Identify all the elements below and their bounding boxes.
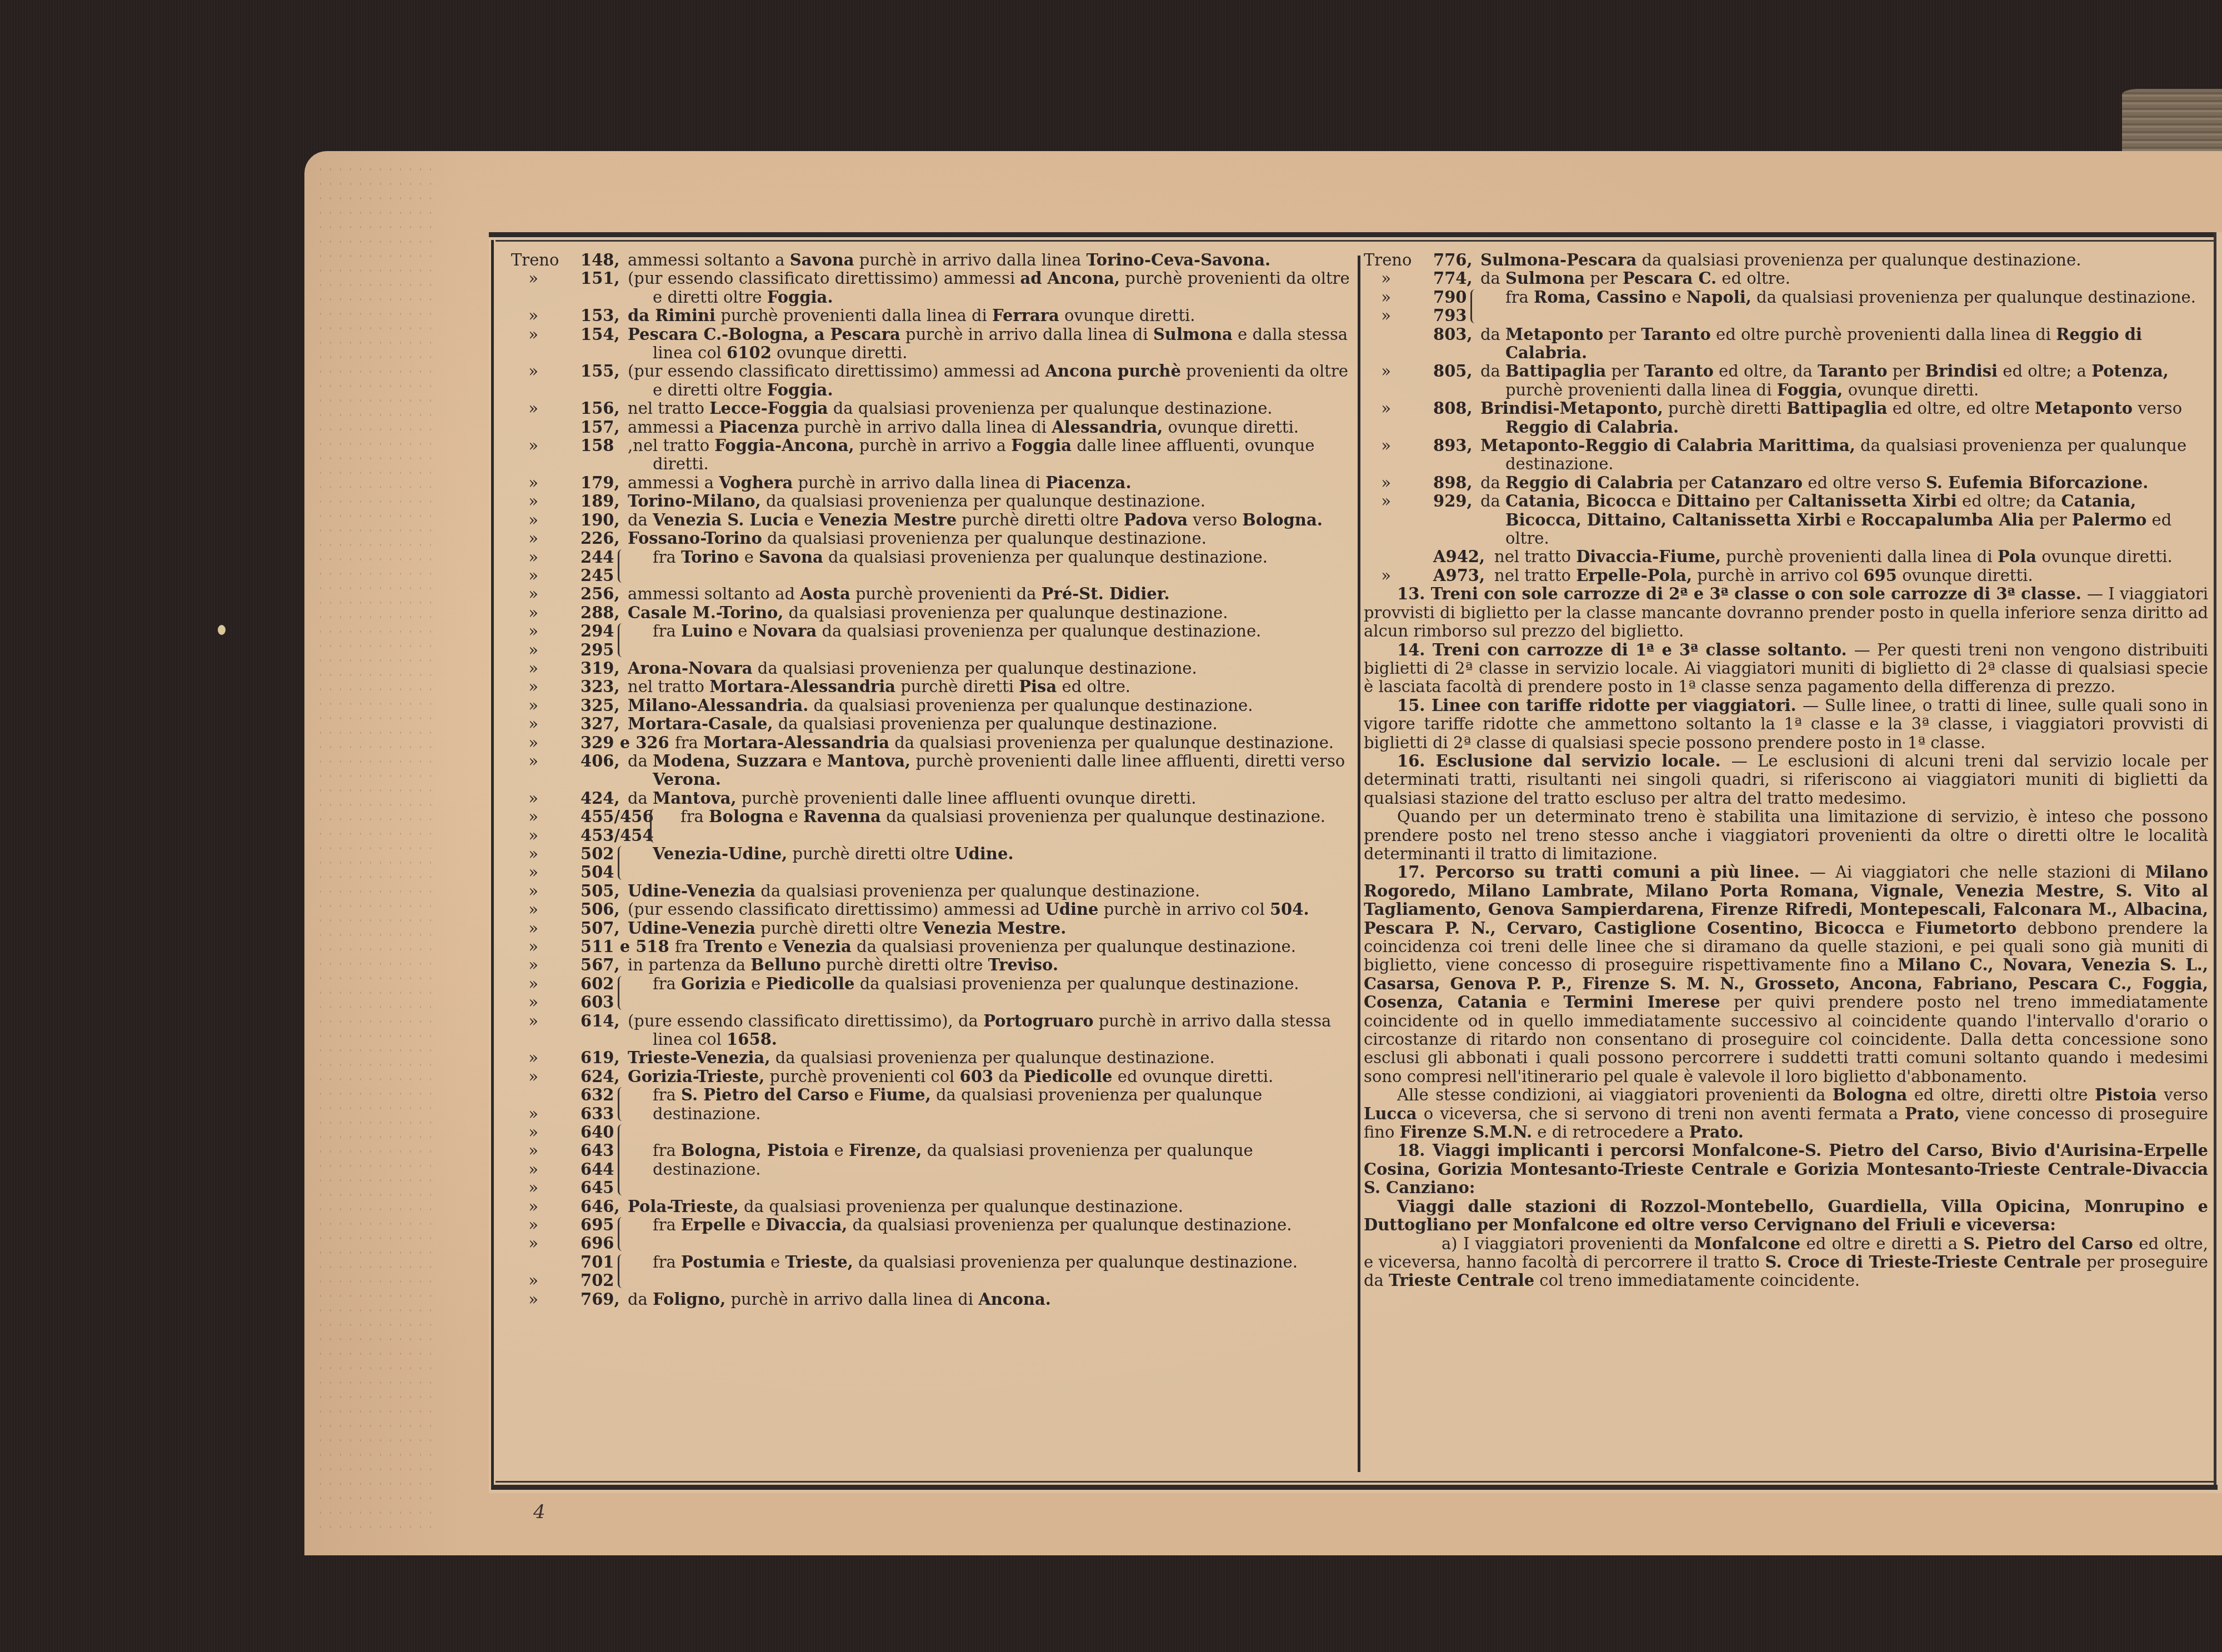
ditto-mark: » [1364, 269, 1408, 288]
train-entry: »506,(pur essendo classificato direttiss… [511, 900, 1350, 919]
bold-text: Monfalcone [1694, 1234, 1800, 1253]
ditto-marks: » [511, 1253, 555, 1290]
column-divider [1358, 256, 1360, 1472]
entry-text: fra Postumia e Trieste, da qualsiasi pro… [653, 1253, 1350, 1271]
entry-text: nel tratto Erpelle-Pola, purchè in arriv… [1505, 567, 2208, 585]
train-entry: »424,da Mantova, purchè provenienti dall… [511, 789, 1350, 808]
brace-bracket [618, 846, 625, 880]
bold-text: Novara [753, 622, 817, 640]
ditto-mark: » [511, 604, 555, 622]
entry-text: nel tratto Divaccia-Fiume, purchè proven… [1505, 548, 2208, 566]
text: Alle stesse condizioni, ai viaggiatori p… [1397, 1085, 1833, 1104]
text: e [1841, 510, 1861, 529]
train-entry: »619,Trieste-Venezia, da qualsiasi prove… [511, 1049, 1350, 1067]
train-group-entry: »»790793fra Roma, Cassino e Napoli, da q… [1364, 288, 2208, 326]
bold-text: Gorizia [681, 974, 746, 993]
bold-text: Pré-St. Didier. [1042, 584, 1170, 603]
bold-text: Mantova, [653, 789, 736, 808]
bold-text: Venezia S. Lucia [653, 510, 799, 529]
train-number: A973, [1433, 567, 1485, 585]
bold-text: Bologna, Pistoia [681, 1141, 829, 1160]
train-entry: »624,Gorizia-Trieste, purchè provenienti… [511, 1068, 1350, 1086]
entry-text: fra Gorizia e Piedicolle da qualsiasi pr… [653, 975, 1350, 993]
train-entry: »406,da Modena, Suzzara e Mantova, purch… [511, 752, 1350, 789]
ditto-mark: » [511, 399, 555, 418]
brace-bracket [618, 976, 625, 1010]
bold-text: Brindisi [1925, 362, 1998, 381]
train-number: 506, [580, 900, 620, 919]
section-heading: 16. Esclusione dal servizio locale. [1397, 752, 1731, 770]
train-number: 155, [580, 362, 620, 381]
entry-text: da Sulmona per Pescara C. ed oltre. [1505, 269, 2208, 288]
bold-text: Fossano-Torino [628, 529, 762, 548]
text: purchè diretti oltre [821, 955, 988, 974]
bold-text: Firenze, [849, 1141, 922, 1160]
text: da [1480, 362, 1505, 381]
train-number: 327, [580, 715, 620, 733]
ditto-mark: » [511, 752, 555, 770]
bold-text: Potenza, [2091, 362, 2169, 381]
brace-bracket [618, 1217, 625, 1251]
bold-text: Firenze S.M.N. [1400, 1123, 1532, 1142]
text: e di retrocedere a [1532, 1123, 1689, 1142]
train-numbers: 502504 [580, 845, 614, 882]
entry-text: ammessi a Voghera purchè in arrivo dalla… [653, 474, 1350, 492]
train-number: 505, [580, 882, 620, 900]
text: verso [1188, 510, 1242, 529]
section-heading: 14. Treni con carrozze di 1ª e 3ª classe… [1397, 640, 1854, 659]
text: nel tratto [628, 399, 709, 418]
text: da qualsiasi provenienza per qualunque d… [770, 1048, 1215, 1067]
bold-text: Luino [681, 622, 733, 640]
ditto-mark: » [511, 659, 555, 678]
bold-text: Catania, Bicocca [1505, 492, 1657, 510]
text: nel tratto [1494, 547, 1576, 566]
train-group-entry: »»244245fra Torino e Savona da qualsiasi… [511, 548, 1350, 585]
ditto-marks: »» [511, 622, 555, 659]
bold-text: Foggia [1011, 436, 1072, 455]
section-18: 18. Viaggi implicanti i percorsi Monfalc… [1364, 1142, 2208, 1197]
ditto-mark: » [511, 1049, 555, 1067]
text: ovunque diretti. [772, 343, 908, 362]
train-entry: »929,da Catania, Bicocca e Dittaino per … [1364, 492, 2208, 548]
section-heading: Viaggi dalle stazioni di Rozzol-Montebel… [1364, 1197, 2208, 1234]
text: da [1480, 269, 1505, 288]
text: e [1666, 288, 1686, 307]
bold-text: Udine-Venezia [628, 882, 755, 900]
train-entry: »808,Brindisi-Metaponto, purchè diretti … [1364, 399, 2208, 437]
text: nel tratto [628, 677, 709, 696]
bold-text: Erpelle [681, 1215, 746, 1234]
bold-text: Venezia Mestre [819, 510, 957, 529]
bold-text: Venezia-Udine, [653, 844, 787, 863]
bold-text: Foggia-Ancona, [714, 436, 854, 455]
train-number: 619, [580, 1049, 620, 1067]
train-numbers: 701702 [580, 1253, 614, 1290]
train-group-entry: »»455/456453/454fra Bologna e Ravenna da… [511, 808, 1350, 845]
bold-text: 1658. [727, 1030, 777, 1049]
train-number: 256, [580, 585, 620, 603]
train-entry: »256,ammessi soltanto ad Aosta purchè pr… [511, 585, 1350, 603]
train-number: 156, [580, 399, 620, 418]
text: purchè in arrivo dalla linea di [793, 473, 1045, 492]
bold-text: ad Ancona, [1020, 269, 1120, 288]
bold-text: Bologna [709, 807, 783, 826]
ditto-mark: » [511, 1198, 555, 1216]
train-number: 158 [580, 437, 614, 455]
ditto-marks: »» [511, 845, 555, 882]
ditto-mark: » [511, 938, 555, 956]
train-number: 507, [580, 919, 620, 938]
bold-text: Prato. [1689, 1123, 1744, 1142]
train-number: 148, [580, 251, 620, 269]
bold-text: Divaccia-Fiume, [1576, 547, 1721, 566]
entry-text: (pur essendo classificato direttissimo) … [653, 362, 1350, 399]
train-numbers: 632633 [580, 1086, 614, 1123]
train-entry: »151,(pur essendo classificato direttiss… [511, 269, 1350, 307]
bold-text: Metaponto-Reggio di Calabria Marittima, [1480, 436, 1855, 455]
text: col treno immediatamente coincidente. [1534, 1271, 1860, 1290]
dust-speck [218, 625, 226, 635]
bold-text: Ravenna [803, 807, 881, 826]
bottom-rule-thin [496, 1481, 2216, 1483]
bold-text: Pescara C. [1623, 269, 1716, 288]
section-heading: 15. Linee con tariffe ridotte per viaggi… [1397, 696, 1803, 715]
bold-text: Portogruaro [983, 1012, 1093, 1030]
text: purchè provenienti dalle linee affluenti… [910, 752, 1345, 770]
ditto-mark: » [511, 734, 555, 752]
text: purchè diretti oltre [755, 919, 923, 938]
text: (pure essendo classificato direttissimo)… [628, 1012, 983, 1030]
train-number: 424, [580, 789, 620, 808]
bold-text: Sulmona-Pescara [1480, 251, 1637, 269]
text: verso [2157, 1085, 2208, 1104]
entry-text: fra Mortara-Alessandria da qualsiasi pro… [653, 734, 1350, 752]
text: purchè provenienti col [764, 1067, 959, 1086]
train-number: 226, [580, 529, 620, 548]
train-numbers: 294295 [580, 622, 614, 659]
text: da qualsiasi provenienza per qualunque d… [828, 399, 1272, 418]
entry-text: ,nel tratto Foggia-Ancona, purchè in arr… [653, 437, 1350, 474]
text: ed oltre; a [1998, 362, 2091, 381]
bold-text: Metaponto [2035, 399, 2133, 418]
bold-text: Savona [790, 251, 854, 269]
bold-text: S. Eufemia Biforcazione. [1926, 473, 2148, 492]
bold-text: Sulmona [1505, 269, 1585, 288]
bold-text: Piacenza. [1045, 473, 1131, 492]
bold-text: Aosta [800, 584, 850, 603]
bold-text: Reggio di Calabria [1505, 473, 1673, 492]
bold-text: Roccapalumba Alia [1861, 510, 2034, 529]
train-group-entry: »632633fra S. Pietro del Carso e Fiume, … [511, 1086, 1350, 1123]
left-rule [491, 240, 494, 1488]
train-group-entry: »»695696fra Erpelle e Divaccia, da quals… [511, 1216, 1350, 1253]
train-number: 154, [580, 326, 620, 344]
train-number: 406, [580, 752, 620, 770]
entry-text: Torino-Milano, da qualsiasi provenienza … [653, 492, 1350, 510]
section-14: 14. Treni con carrozze di 1ª e 3ª classe… [1364, 641, 2208, 697]
text: ed oltre e diretti a [1800, 1234, 1963, 1253]
train-numbers: 695696 [580, 1216, 614, 1253]
bold-text: Sulmona [1153, 325, 1233, 344]
bold-text: Brindisi-Metaponto, [1480, 399, 1663, 418]
train-entry: »158,nel tratto Foggia-Ancona, purchè in… [511, 437, 1350, 474]
bold-text: Reggio di Calabria. [1505, 418, 1679, 437]
text: e [849, 1085, 869, 1104]
text: purchè in arrivo dalla linea di [725, 1290, 978, 1309]
ditto-marks: »»»» [511, 1123, 555, 1198]
train-entry: »769,da Foligno, purchè in arrivo dalla … [511, 1290, 1350, 1309]
brace-bracket [1470, 289, 1478, 323]
entry-text: Pescara C.-Bologna, a Pescara purchè in … [653, 326, 1350, 363]
bold-text: Roma, Cassino [1534, 288, 1666, 307]
ditto-mark: » [511, 1290, 555, 1309]
text: e [829, 1141, 849, 1160]
train-group-entry: »»294295fra Luino e Novara da qualsiasi … [511, 622, 1350, 659]
text: e [1885, 919, 1915, 938]
right-column: Treno776,Sulmona-Pescara da qualsiasi pr… [1364, 251, 2208, 1290]
train-group-entry: »»502504Venezia-Udine, purchè diretti ol… [511, 845, 1350, 882]
bold-text: Torino-Ceva-Savona. [1087, 251, 1270, 269]
bold-text: Lucca [1364, 1104, 1417, 1123]
entry-text: Mortara-Casale, da qualsiasi provenienza… [653, 715, 1350, 733]
bold-text: Alessandria, [1052, 418, 1163, 437]
text: da qualsiasi provenienza per qualunque d… [854, 974, 1299, 993]
train-entry: 803,da Metaponto per Taranto ed oltre pu… [1364, 326, 2208, 363]
text: da qualsiasi provenienza per qualunque d… [808, 696, 1253, 715]
text: fra [653, 1215, 681, 1234]
text: fra [1505, 288, 1534, 307]
bold-text: 695 [1863, 566, 1897, 585]
text: verso [2133, 399, 2182, 418]
ditto-mark: » [1364, 474, 1408, 492]
text: fra [653, 1085, 681, 1104]
text: da [628, 510, 653, 529]
entry-text: fra Erpelle e Divaccia, da qualsiasi pro… [653, 1216, 1350, 1234]
entry-text: fra Trento e Venezia da qualsiasi proven… [653, 938, 1350, 956]
train-entry: »156,nel tratto Lecce-Foggia da qualsias… [511, 399, 1350, 418]
text: purchè provenienti dalla linea di [1721, 547, 1998, 566]
ditto-marks: »» [511, 548, 555, 585]
text: per [2034, 510, 2072, 529]
entry-text: da Rimini purchè provenienti dalla linea… [653, 307, 1350, 325]
bold-text: Udine-Venezia [628, 919, 755, 938]
train-entry: »325,Milano-Alessandria. da qualsiasi pr… [511, 697, 1350, 715]
text: e [807, 752, 827, 770]
text: o viceversa, che si servono di treni non… [1417, 1104, 1905, 1123]
bold-text: Treviso. [988, 955, 1058, 974]
bold-text: Foggia. [767, 288, 833, 307]
entry-text: Sulmona-Pescara da qualsiasi provenienza… [1505, 251, 2208, 269]
train-entry: »153,da Rimini purchè provenienti dalla … [511, 307, 1350, 325]
ditto-mark: » [511, 678, 555, 696]
text: e [746, 974, 766, 993]
bold-text: Caltanissetta Xirbi [1788, 492, 1957, 510]
text: per [1750, 492, 1788, 510]
text: e [746, 1215, 766, 1234]
text: e [1657, 492, 1676, 510]
bold-text: Trento [703, 937, 763, 956]
train-numbers: 455/456453/454 [580, 808, 654, 845]
bold-text: Pola-Trieste, [628, 1197, 739, 1216]
entry-text: da Mantova, purchè provenienti dalle lin… [653, 789, 1350, 808]
bold-text: da Rimini [628, 306, 715, 325]
bold-text: Bologna [1833, 1085, 1907, 1104]
ditto-mark: » [511, 1012, 555, 1030]
text: in partenza da [628, 955, 750, 974]
text: da [1480, 492, 1505, 510]
entry-text: fra Torino e Savona da qualsiasi proveni… [653, 548, 1350, 567]
bold-text: Verona. [653, 770, 721, 789]
train-group-entry: »»602603fra Gorizia e Piedicolle da qual… [511, 975, 1350, 1012]
bold-text: Prato, [1905, 1104, 1960, 1123]
text: purchè diretti oltre [787, 844, 954, 863]
text: e [733, 622, 753, 640]
text: purchè in arrivo dalla linea di [799, 418, 1052, 437]
text: da qualsiasi provenienza per qualunque d… [783, 603, 1228, 622]
ditto-mark: » [511, 919, 555, 938]
train-number: 319, [580, 659, 620, 678]
ditto-mark: » [511, 697, 555, 715]
bold-text: Ferrara [992, 306, 1059, 325]
bold-text: Casale M.-Torino, [628, 603, 783, 622]
bold-text: Piedicolle [765, 974, 854, 993]
bold-text: Lecce-Foggia [709, 399, 828, 418]
entry-text: fra Bologna, Pistoia e Firenze, da quals… [653, 1123, 1350, 1179]
train-numbers: 640643644645 [580, 1123, 614, 1198]
entry-text: Metaponto-Reggio di Calabria Marittima, … [1505, 437, 2208, 474]
bold-text: Pescara C.-Bologna, a Pescara [628, 325, 900, 344]
train-number: 614, [580, 1012, 620, 1030]
text: purchè provenienti dalla linea di [1505, 381, 1777, 399]
text: purchè provenienti da [850, 584, 1042, 603]
text: ovunque diretti. [1059, 306, 1195, 325]
entry-text: Trieste-Venezia, da qualsiasi provenienz… [653, 1049, 1350, 1067]
text: ed oltre purchè provenienti dalla linea … [1711, 325, 2056, 344]
text: da qualsiasi provenienza per qualunque d… [881, 807, 1325, 826]
text: per [1585, 269, 1623, 288]
text: purchè in arrivo a [854, 436, 1012, 455]
bold-text: Palermo [2072, 510, 2147, 529]
text: e [763, 937, 783, 956]
train-entry: 157,ammessi a Piacenza purchè in arrivo … [511, 418, 1350, 437]
text: purchè provenienti dalla linea di [715, 306, 992, 325]
text: da qualsiasi provenienza per qualunque d… [773, 714, 1218, 733]
brace-bracket [618, 623, 625, 657]
bold-text: Torino-Milano, [628, 492, 761, 510]
train-number: 288, [580, 604, 620, 622]
text: ed oltre, da [1714, 362, 1818, 381]
text: fra [653, 1141, 681, 1160]
bold-text: Taranto [1641, 325, 1711, 344]
right-rule [2214, 232, 2216, 1490]
text: ,nel tratto [628, 436, 714, 455]
bold-text: Trieste Centrale [1389, 1271, 1534, 1290]
text: da [993, 1067, 1023, 1086]
train-entry: Treno776,Sulmona-Pescara da qualsiasi pr… [1364, 251, 2208, 269]
entry-text: nel tratto Lecce-Foggia da qualsiasi pro… [653, 399, 1350, 418]
ditto-mark: » [1364, 362, 1408, 381]
book-page-edges [2122, 89, 2222, 161]
text: e [1527, 993, 1564, 1012]
section-18a: a) I viaggiatori provenienti da Monfalco… [1364, 1235, 2208, 1290]
top-rule-thin [496, 240, 2216, 242]
bold-text: Foggia. [767, 381, 833, 399]
section-13: 13. Treni con sole carrozze di 2ª e 3ª c… [1364, 585, 2208, 640]
train-numbers: 790793 [1433, 288, 1467, 326]
entry-text: da Reggio di Calabria per Catanzaro ed o… [1505, 474, 2208, 492]
entry-text: ammessi soltanto a Savona purchè in arri… [653, 251, 1350, 269]
left-column: Treno148,ammessi soltanto a Savona purch… [511, 251, 1350, 1309]
brace-bracket [650, 809, 657, 843]
text: purchè in arrivo col [1692, 566, 1863, 585]
text: purchè provenienti dalle linee affluenti… [737, 789, 1197, 808]
train-entry: A942,nel tratto Divaccia-Fiume, purchè p… [1364, 548, 2208, 566]
page-number: 4 [533, 1501, 546, 1523]
bold-text: Foggia, [1777, 381, 1843, 399]
bold-text: Piedicolle [1023, 1067, 1112, 1086]
ditto-marks: »» [511, 975, 555, 1012]
entry-text: Arona-Novara da qualsiasi provenienza pe… [653, 659, 1350, 678]
entry-text: Udine-Venezia purchè diretti oltre Venez… [653, 919, 1350, 938]
bold-text: Postumia [681, 1253, 765, 1271]
bold-text: Trieste, [785, 1253, 853, 1271]
train-entry: »154,Pescara C.-Bologna, a Pescara purch… [511, 326, 1350, 363]
bottom-rule [491, 1485, 2218, 1490]
text: ammessi soltanto a [628, 251, 790, 269]
text: fra [653, 974, 681, 993]
bold-text: Venezia [783, 937, 852, 956]
bold-text: Pisa [1019, 677, 1057, 696]
bold-text: Taranto [1818, 362, 1888, 381]
train-entry: »646,Pola-Trieste, da qualsiasi provenie… [511, 1198, 1350, 1216]
bold-text: Gorizia-Trieste, [628, 1067, 764, 1086]
text: purchè in arrivo dalla linea [854, 251, 1087, 269]
text: ovunque diretti. [1163, 418, 1299, 437]
bold-text: Savona [759, 548, 823, 567]
ditto-mark: » [511, 326, 555, 344]
entry-text: fra Roma, Cassino e Napoli, da qualsiasi… [1505, 288, 2208, 307]
text: fra [653, 548, 681, 567]
train-number: 774, [1433, 269, 1473, 288]
text: purchè diretti [895, 677, 1019, 696]
text: e [799, 510, 819, 529]
text: per [1606, 362, 1644, 381]
entry-text: (pure essendo classificato direttissimo)… [653, 1012, 1350, 1049]
top-rule [489, 232, 2216, 237]
text: da qualsiasi provenienza per qualunque d… [852, 937, 1296, 956]
entry-text: da Modena, Suzzara e Mantova, purchè pro… [653, 752, 1350, 789]
text: da qualsiasi provenienza per qualunque d… [739, 1197, 1183, 1216]
brace-bracket [618, 1087, 625, 1121]
text: da qualsiasi provenienza per qualunque d… [817, 622, 1261, 640]
text: purchè diretti oltre [957, 510, 1124, 529]
train-number: A942, [1433, 548, 1485, 566]
ditto-mark: » [1364, 567, 1408, 585]
ditto-marks: »» [511, 808, 555, 845]
train-entry: »319,Arona-Novara da qualsiasi provenien… [511, 659, 1350, 678]
ditto-mark: » [511, 900, 555, 919]
train-number: 511 e 518 [580, 938, 669, 956]
bold-text: 504. [1270, 900, 1309, 919]
bold-text: Voghera [719, 473, 793, 492]
text: e [765, 1253, 785, 1271]
text: ed oltre. [1716, 269, 1790, 288]
ditto-mark: » [511, 437, 555, 455]
bold-text: 603 [960, 1067, 994, 1086]
bold-text: Mortara-Alessandria [703, 733, 889, 752]
train-number: 190, [580, 511, 620, 529]
